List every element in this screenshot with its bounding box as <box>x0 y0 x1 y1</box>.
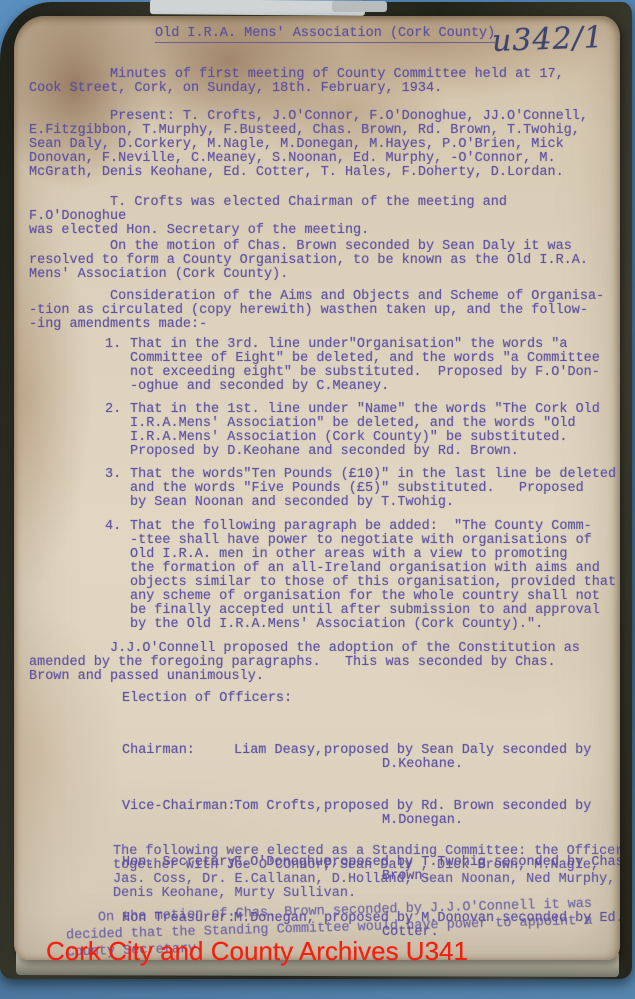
paragraph-standing-committee: The following were elected as a Standing… <box>113 845 620 901</box>
amendment-item-2: 2. That in the 1st. line under "Name" th… <box>105 403 619 459</box>
amendment-item-4: 4. That the following paragraph be added… <box>105 520 619 632</box>
amendment-item-1: 1. That in the 3rd. line under"Organisat… <box>105 338 619 394</box>
paragraph-minutes-intro: Minutes of first meeting of County Commi… <box>29 68 607 96</box>
page-edge-sliver <box>332 1 387 12</box>
amendment-text: That in the 3rd. line under"Organisation… <box>130 338 600 394</box>
page-title-text: Old I.R.A. Mens' Association (Cork Count… <box>155 26 495 43</box>
officer-role: Vice-Chairman: <box>122 800 234 814</box>
officer-role: Chairman: <box>122 744 234 758</box>
archive-stamp-text: Cork City and County Archives U341 <box>46 936 468 967</box>
amendment-number: 1. <box>105 338 130 394</box>
amendment-number: 2. <box>105 403 130 459</box>
officer-row-vice-chairman: Vice-Chairman: Tom Crofts, proposed by R… <box>122 800 617 828</box>
amendment-item-3: 3. That the words"Ten Pounds (£10)" in t… <box>105 468 619 510</box>
paragraph-chairman-election: T. Crofts was elected Chairman of the me… <box>29 196 607 238</box>
officer-row-chairman: Chairman: Liam Deasy, proposed by Sean D… <box>122 744 617 772</box>
amendment-number: 3. <box>105 468 130 510</box>
officer-name: Tom Crofts, <box>234 800 324 814</box>
officer-proposal: proposed by Sean Daly seconded by D.Keoh… <box>324 744 620 772</box>
handwritten-reference: u342/1 <box>491 20 604 59</box>
amendment-text: That the words"Ten Pounds (£10)" in the … <box>130 468 616 510</box>
amendment-text: That in the 1st. line under "Name" the w… <box>130 403 600 459</box>
officer-name: Liam Deasy, <box>234 744 324 758</box>
amendment-number: 4. <box>105 520 130 632</box>
paragraph-present-list: Present: T. Crofts, J.O'Connor, F.O'Dono… <box>29 110 607 180</box>
paragraph-constitution-adoption: J.J.O'Connell proposed the adoption of t… <box>29 642 607 684</box>
amendment-text: That the following paragraph be added: "… <box>130 520 616 632</box>
page-title: Old I.R.A. Mens' Association (Cork Count… <box>155 27 495 41</box>
paragraph-county-organisation-motion: On the motion of Chas. Brown seconded by… <box>29 240 607 282</box>
minutes-page: Old I.R.A. Mens' Association (Cork Count… <box>14 16 620 960</box>
election-of-officers-heading: Election of Officers: <box>122 692 292 706</box>
paragraph-consideration: Consideration of the Aims and Objects an… <box>29 290 607 332</box>
archive-photo: Old I.R.A. Mens' Association (Cork Count… <box>0 0 635 999</box>
officer-proposal: proposed by Rd. Brown seconded by M.Done… <box>324 800 620 828</box>
